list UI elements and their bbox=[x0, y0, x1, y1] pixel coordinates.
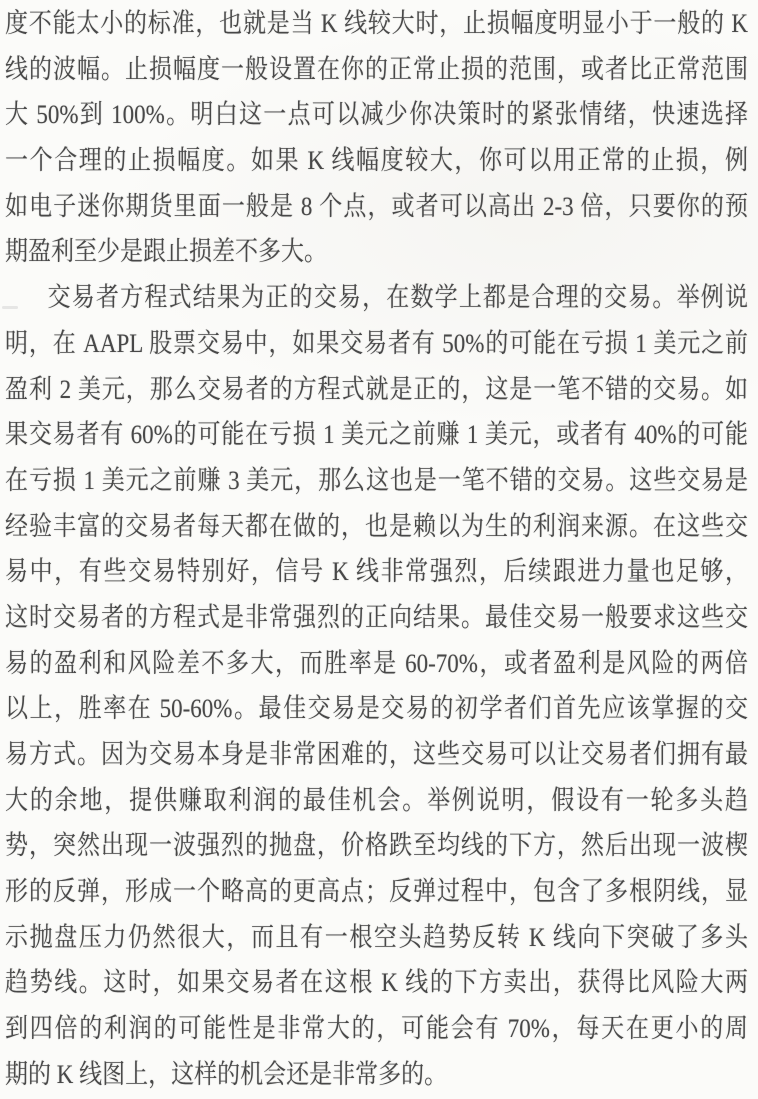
text-line: 期的 K 线图上，这样的机会还是非常多的。 bbox=[5, 1048, 748, 1099]
paragraph-stop-loss: 度不能太小的标准，也就是当 K 线较大时，止损幅度明显小于一般的 K 线的波幅。… bbox=[5, 1, 748, 275]
text-line: 在亏损 1 美元之前赚 3 美元，那么这也是一笔不错的交易。这些交易是 bbox=[5, 454, 748, 507]
paragraph-traders-equation: 交易者方程式结果为正的交易，在数学上都是合理的交易。举例说 明，在 AAPL 股… bbox=[5, 275, 748, 1097]
text-line: 这时交易者的方程式是非常强烈的正向结果。最佳交易一般要求这些交 bbox=[5, 591, 748, 644]
book-page: 度不能太小的标准，也就是当 K 线较大时，止损幅度明显小于一般的 K 线的波幅。… bbox=[0, 0, 758, 1099]
text-line: 明，在 AAPL 股票交易中，如果交易者有 50%的可能在亏损 1 美元之前 bbox=[5, 317, 748, 370]
